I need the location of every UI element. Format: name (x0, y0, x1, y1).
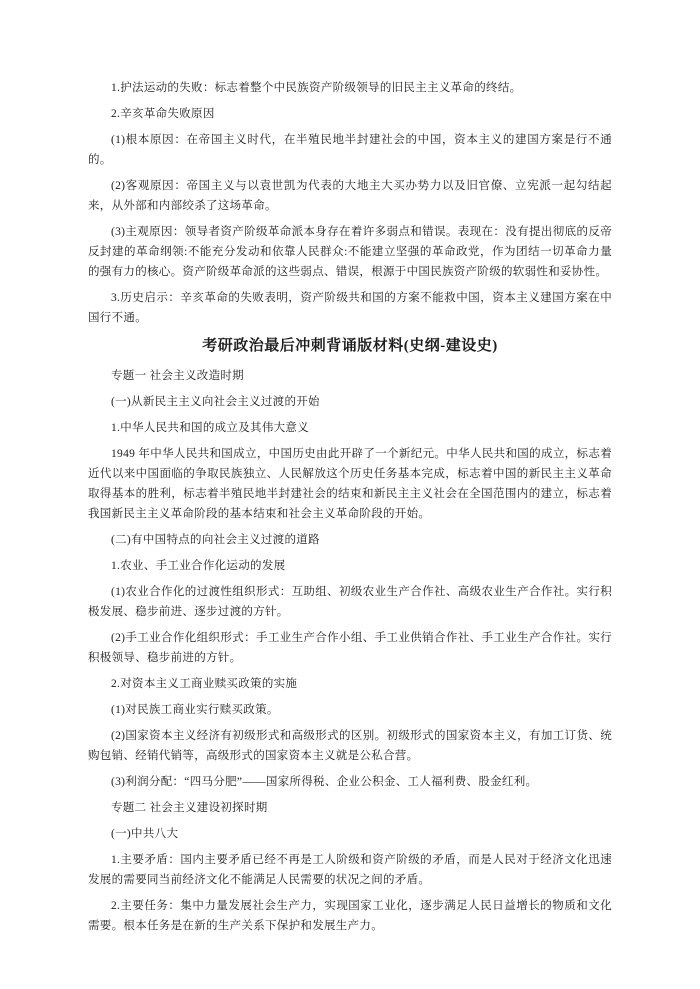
paragraph: (2)客观原因：帝国主义与以袁世凯为代表的大地主大买办势力以及旧官僚、立宪派一起… (88, 176, 612, 216)
paragraph: (1)对民族工商业实行赎买政策。 (88, 700, 612, 720)
paragraph: 1.主要矛盾：国内主要矛盾已经不再是工人阶级和资产阶级的矛盾，而是人民对于经济文… (88, 850, 612, 890)
paragraph: 1949 年中华人民共和国成立，中国历史由此开辟了一个新纪元。中华人民共和国的成… (88, 444, 612, 524)
paragraph: (2)手工业合作化组织形式：手工业生产合作小组、手工业供销合作社、手工业生产合作… (88, 628, 612, 668)
topic-heading: 专题二 社会主义建设初探时期 (88, 798, 612, 818)
section-heading: (二)有中国特点的向社会主义过渡的道路 (88, 530, 612, 550)
section-heading: (一)中共八大 (88, 824, 612, 844)
paragraph: (1)根本原因：在帝国主义时代，在半殖民地半封建社会的中国，资本主义的建国方案是… (88, 130, 612, 170)
paragraph: 1.护法运动的失败：标志着整个中民族资产阶级领导的旧民主主义革命的终结。 (88, 78, 612, 98)
paragraph: 1.农业、手工业合作化运动的发展 (88, 556, 612, 576)
paragraph: 2.主要任务：集中力量发展社会生产力，实现国家工业化，逐步满足人民日益增长的物质… (88, 896, 612, 936)
section-heading: (一)从新民主主义向社会主义过渡的开始 (88, 392, 612, 412)
document-page: 1.护法运动的失败：标志着整个中民族资产阶级领导的旧民主主义革命的终结。 2.辛… (0, 0, 700, 989)
paragraph: 2.辛亥革命失败原因 (88, 104, 612, 124)
paragraph: (3)主观原因：领导者资产阶级革命派本身存在着许多弱点和错误。表现在：没有提出彻… (88, 222, 612, 282)
paragraph: 1.中华人民共和国的成立及其伟大意义 (88, 418, 612, 438)
topic-heading: 专题一 社会主义改造时期 (88, 366, 612, 386)
paragraph: (3)利润分配：“四马分肥”——国家所得税、企业公积金、工人福利费、股金红利。 (88, 772, 612, 792)
document-title: 考研政治最后冲刺背诵版材料(史纲-建设史) (88, 335, 612, 357)
paragraph: 2.对资本主义工商业赎买政策的实施 (88, 674, 612, 694)
paragraph: 3.历史启示：辛亥革命的失败表明，资产阶级共和国的方案不能救中国，资本主义建国方… (88, 288, 612, 328)
paragraph: (2)国家资本主义经济有初级形式和高级形式的区别。初级形式的国家资本主义，有加工… (88, 726, 612, 766)
paragraph: (1)农业合作化的过渡性组织形式：互助组、初级农业生产合作社、高级农业生产合作社… (88, 582, 612, 622)
